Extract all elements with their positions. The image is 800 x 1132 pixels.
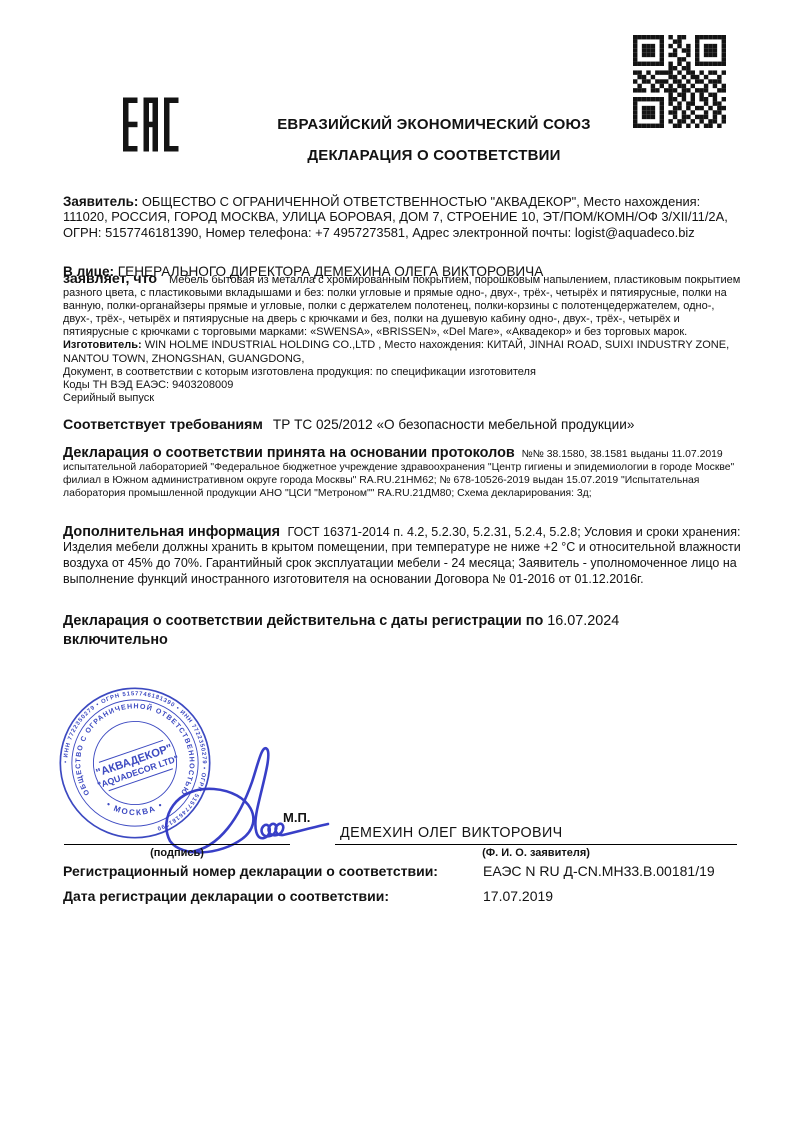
full-name-line bbox=[335, 844, 737, 845]
signature-caption: (подпись) bbox=[64, 847, 290, 859]
applicant-full-name: ДЕМЕХИН ОЛЕГ ВИКТОРОВИЧ bbox=[340, 825, 563, 841]
registration-number-label: Регистрационный номер декларации о соотв… bbox=[63, 863, 438, 879]
additional-info-paragraph: Дополнительная информация ГОСТ 16371-201… bbox=[63, 525, 741, 589]
declaration-document: ЕВРАЗИЙСКИЙ ЭКОНОМИЧЕСКИЙ СОЮЗ ДЕКЛАРАЦИ… bbox=[0, 0, 800, 1132]
validity-label: Декларация о соответствии действительна … bbox=[63, 613, 543, 629]
conforms-text: ТР ТС 025/2012 «О безопасности мебельной… bbox=[273, 417, 634, 432]
manufacturer-line: Изготовитель: WIN HOLME INDUSTRIAL HOLDI… bbox=[63, 339, 741, 365]
basis-label: Декларация о соответствии принята на осн… bbox=[63, 445, 519, 461]
full-name-caption: (Ф. И. О. заявителя) bbox=[335, 847, 737, 859]
conforms-paragraph: Соответствует требованиямТР ТС 025/2012 … bbox=[63, 417, 741, 433]
applicant-label: Заявитель: bbox=[63, 194, 138, 209]
basis-paragraph: Декларация о соответствии принята на осн… bbox=[63, 447, 741, 500]
validity-suffix: включительно bbox=[63, 632, 168, 648]
signature-line bbox=[64, 844, 290, 845]
registration-date-value: 17.07.2019 bbox=[483, 888, 553, 904]
manufacturer-text: WIN HOLME INDUSTRIAL HOLDING CO.,LTD , М… bbox=[63, 339, 729, 364]
qr-code bbox=[633, 35, 726, 128]
declares-label: заявляет, что bbox=[63, 271, 169, 287]
conforms-label: Соответствует требованиям bbox=[63, 417, 273, 433]
applicant-text: ОБЩЕСТВО С ОГРАНИЧЕННОЙ ОТВЕТСТВЕННОСТЬЮ… bbox=[63, 194, 728, 240]
additional-info-label: Дополнительная информация bbox=[63, 524, 284, 540]
declares-section: заявляет, чтоМебель бытовая из металла с… bbox=[63, 273, 741, 405]
validity-paragraph: Декларация о соответствии действительна … bbox=[63, 612, 741, 650]
registration-date-label: Дата регистрации декларации о соответств… bbox=[63, 888, 389, 904]
manufacturer-label: Изготовитель: bbox=[63, 339, 142, 351]
tnved-code-line: Коды ТН ВЭД ЕАЭС: 9403208009 bbox=[63, 379, 741, 392]
stamp-place-mark: М.П. bbox=[283, 810, 310, 825]
serial-release-line: Серийный выпуск bbox=[63, 392, 741, 405]
validity-end-date: 16.07.2024 bbox=[547, 613, 619, 629]
product-document-line: Документ, в соответствии с которым изгот… bbox=[63, 366, 741, 379]
applicant-paragraph: Заявитель: ОБЩЕСТВО С ОГРАНИЧЕННОЙ ОТВЕТ… bbox=[63, 194, 741, 241]
page-title: ДЕКЛАРАЦИЯ О СООТВЕТСТВИИ bbox=[130, 147, 738, 164]
registration-number-value: ЕАЭС N RU Д-CN.МН33.В.00181/19 bbox=[483, 863, 715, 879]
